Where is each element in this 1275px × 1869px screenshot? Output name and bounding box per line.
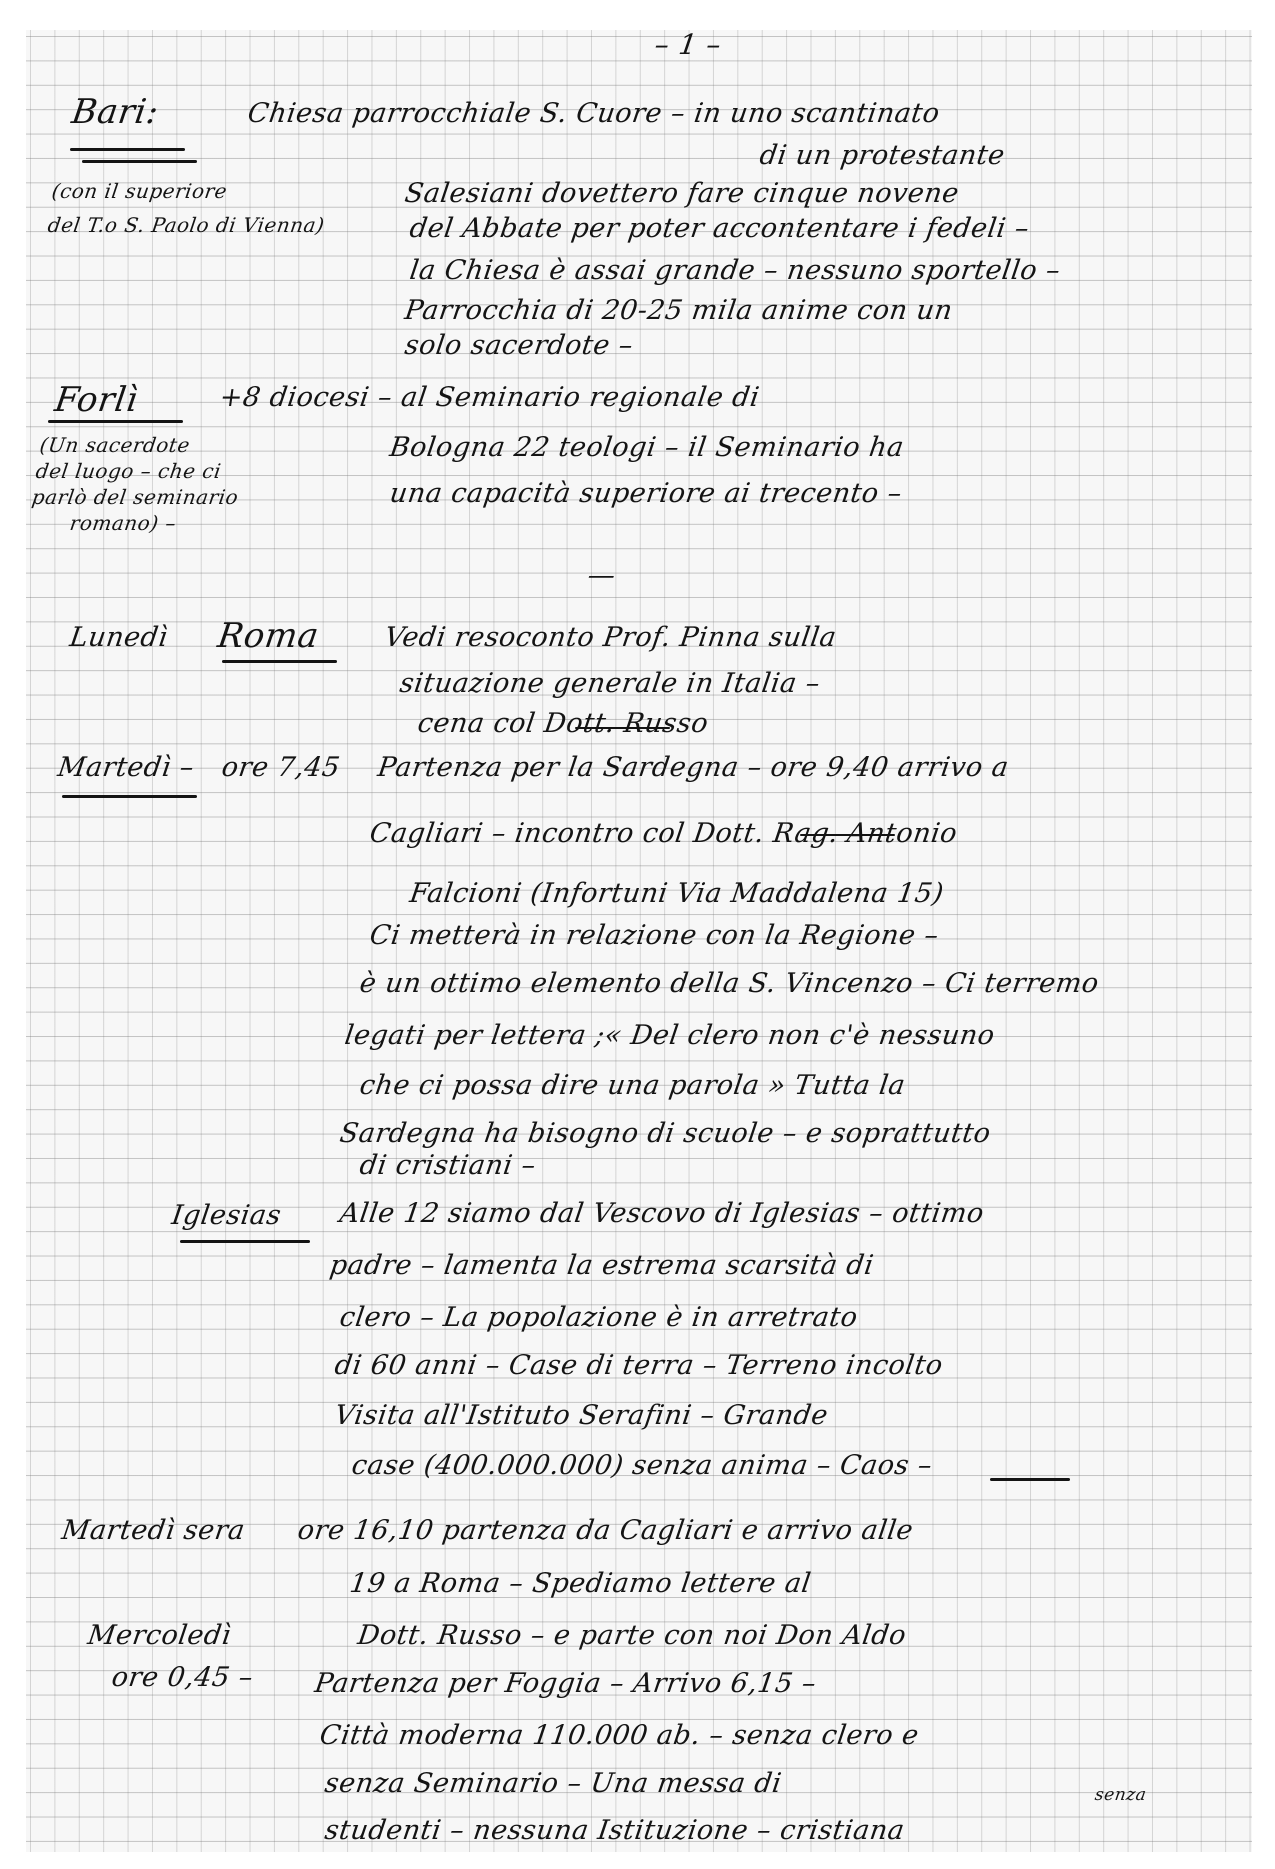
- lunedi-line-2: situazione generale in Italia –: [398, 668, 822, 699]
- mercoledi-line-2: Città moderna 110.000 ab. – senza clero …: [318, 1720, 921, 1751]
- forli-side-note-1: (Un sacerdote: [38, 432, 192, 458]
- underline: [180, 1240, 310, 1243]
- martedi-line-5: è un ottimo elemento della S. Vincenzo –…: [358, 968, 1101, 999]
- underline: [990, 1478, 1070, 1481]
- martedi-line-6: legati per lettera ;« Del clero non c'è …: [343, 1020, 997, 1051]
- bari-line-4: del Abbate per poter accontentare i fede…: [408, 213, 1031, 244]
- underline: [48, 420, 183, 423]
- strikethrough: [800, 834, 895, 836]
- bari-line-2: di un protestante: [758, 140, 1007, 171]
- bari-line-1: Chiesa parrocchiale S. Cuore – in uno sc…: [246, 98, 942, 129]
- martedi-time: ore 7,45: [220, 752, 342, 783]
- mercoledi-time: ore 0,45 –: [110, 1662, 255, 1693]
- martedi-line-8: Sardegna ha bisogno di scuole – e soprat…: [338, 1118, 993, 1149]
- underline: [62, 795, 197, 798]
- forli-side-note-2: del luogo – che ci: [34, 458, 223, 484]
- forli-side-note-3: parlò del seminario: [30, 484, 240, 510]
- bari-line-3: Salesiani dovettero fare cinque novene: [403, 178, 961, 209]
- bari-line-7: solo sacerdote –: [403, 330, 635, 361]
- martedi-line-3: Falcioni (Infortuni Via Maddalena 15): [408, 878, 946, 909]
- martedi-sera-line-2: 19 a Roma – Spediamo lettere al: [348, 1568, 813, 1599]
- place-roma: Roma: [215, 616, 321, 656]
- page-number: – 1 –: [653, 28, 724, 61]
- lunedi-line-1: Vedi resoconto Prof. Pinna sulla: [383, 622, 839, 653]
- bari-side-note-2: del T.o S. Paolo di Vienna): [46, 212, 326, 238]
- forli-line-2: Bologna 22 teologi – il Seminario ha: [388, 432, 906, 463]
- martedi-line-4: Ci metterà in relazione con la Regione –: [368, 920, 941, 951]
- underline: [222, 660, 337, 663]
- martedi-sera-line-3: Dott. Russo – e parte con noi Don Aldo: [356, 1620, 908, 1651]
- underline: [82, 160, 197, 163]
- bari-line-6: Parrocchia di 20-25 mila anime con un: [403, 295, 955, 326]
- mercoledi-line-1: Partenza per Foggia – Arrivo 6,15 –: [313, 1668, 818, 1699]
- strikethrough: [575, 727, 670, 729]
- martedi-sera-label: Martedì sera: [60, 1515, 247, 1546]
- forli-side-note-4: romano) –: [68, 510, 178, 536]
- underline: [70, 148, 185, 151]
- bari-side-note-1: (con il superiore: [50, 178, 229, 204]
- martedi-line-1: Partenza per la Sardegna – ore 9,40 arri…: [376, 752, 1011, 783]
- iglesias-line-2: padre – lamenta la estrema scarsità di: [328, 1250, 876, 1281]
- iglesias-line-1: Alle 12 siamo dal Vescovo di Iglesias – …: [338, 1198, 986, 1229]
- day-mercoledi: Mercoledì: [86, 1620, 233, 1651]
- martedi-line-7: che ci possa dire una parola » Tutta la: [358, 1070, 908, 1101]
- mercoledi-line-3: senza Seminario – Una messa di: [323, 1768, 784, 1799]
- day-lunedi: Lunedì: [68, 622, 170, 653]
- heading-forli: Forlì: [52, 380, 140, 420]
- iglesias-line-5: Visita all'Istituto Serafini – Grande: [333, 1400, 830, 1431]
- martedi-line-9: di cristiani –: [358, 1150, 538, 1181]
- martedi-sera-line-1: ore 16,10 partenza da Cagliari e arrivo …: [296, 1515, 915, 1546]
- iglesias-line-3: clero – La popolazione è in arretrato: [338, 1302, 860, 1333]
- lunedi-line-3: cena col Dott. Russo: [416, 708, 711, 739]
- bari-line-5: la Chiesa è assai grande – nessuno sport…: [408, 255, 1063, 286]
- separator-dash: —: [586, 560, 618, 591]
- mercoledi-insertion: senza: [1094, 1785, 1148, 1805]
- heading-bari: Bari:: [69, 92, 161, 132]
- iglesias-line-6: case (400.000.000) senza anima – Caos –: [350, 1450, 934, 1481]
- place-iglesias: Iglesias: [170, 1200, 283, 1231]
- iglesias-line-4: di 60 anni – Case di terra – Terreno inc…: [333, 1350, 945, 1381]
- forli-line-3: una capacità superiore ai trecento –: [388, 478, 904, 509]
- day-martedi: Martedì –: [56, 752, 196, 783]
- mercoledi-line-4: studenti – nessuna Istituzione – cristia…: [323, 1815, 907, 1846]
- forli-line-1: +8 diocesi – al Seminario regionale di: [218, 382, 762, 413]
